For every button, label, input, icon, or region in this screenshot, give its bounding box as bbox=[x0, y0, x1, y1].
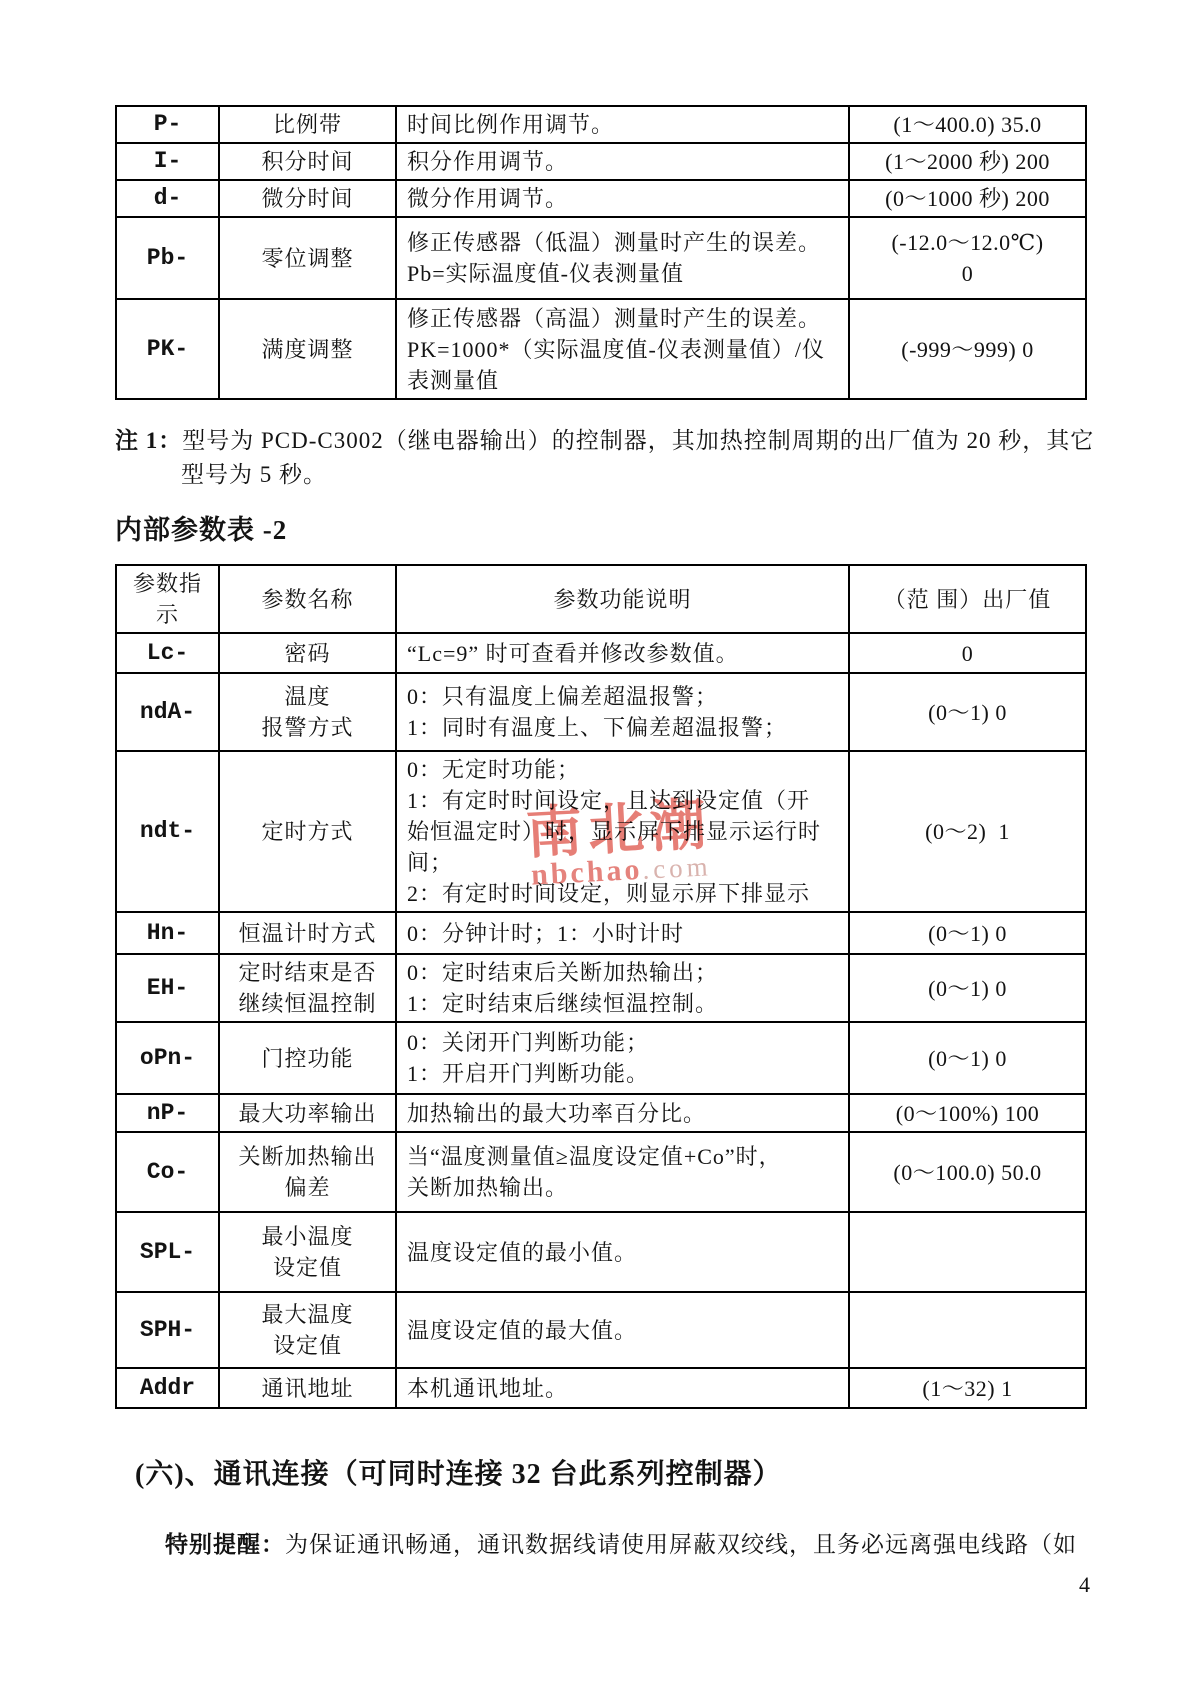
note-1-line-2: 型号为 5 秒。 bbox=[181, 458, 1100, 492]
param-desc: 积分作用调节。 bbox=[396, 143, 849, 180]
table-row: Addr 通讯地址 本机通讯地址。 (1～32) 1 bbox=[116, 1368, 1086, 1408]
param-name: 微分时间 bbox=[219, 180, 396, 217]
section-6-heading: (六)、通讯连接（可同时连接 32 台此系列控制器） bbox=[135, 1452, 782, 1492]
param-name: 积分时间 bbox=[219, 143, 396, 180]
param-code: SPH- bbox=[116, 1292, 219, 1368]
param-range: (-999～999) 0 bbox=[849, 299, 1086, 399]
special-reminder-text: 为保证通讯畅通，通讯数据线请使用屏蔽双绞线，且务必远离强电线路（如 bbox=[285, 1532, 1077, 1557]
special-reminder-label: 特别提醒： bbox=[165, 1532, 285, 1557]
table-row: Lc- 密码 “Lc=9” 时可查看并修改参数值。 0 bbox=[116, 633, 1086, 673]
param-desc: 0：分钟计时；1：小时计时 bbox=[396, 912, 849, 954]
param-range bbox=[849, 1212, 1086, 1292]
param-code: ndA- bbox=[116, 673, 219, 751]
table-row: Co- 关断加热输出 偏差 当“温度测量值≥温度设定值+Co”时， 关断加热输出… bbox=[116, 1132, 1086, 1212]
table-header-row: 参数指 示 参数名称 参数功能说明 （范 围）出厂值 bbox=[116, 565, 1086, 633]
param-range: (1～400.0) 35.0 bbox=[849, 106, 1086, 143]
param-name: 密码 bbox=[219, 633, 396, 673]
param-name: 恒温计时方式 bbox=[219, 912, 396, 954]
param-code: Co- bbox=[116, 1132, 219, 1212]
table-row: ndA- 温度 报警方式 0：只有温度上偏差超温报警； 1：同时有温度上、下偏差… bbox=[116, 673, 1086, 751]
param-range bbox=[849, 1292, 1086, 1368]
param-code: Hn- bbox=[116, 912, 219, 954]
param-desc: 温度设定值的最大值。 bbox=[396, 1292, 849, 1368]
param-name: 关断加热输出 偏差 bbox=[219, 1132, 396, 1212]
param-name: 定时方式 bbox=[219, 751, 396, 912]
param-desc: 修正传感器（低温）测量时产生的误差。 Pb=实际温度值-仪表测量值 bbox=[396, 217, 849, 299]
param-code: d- bbox=[116, 180, 219, 217]
note-1-line-1: 注 1：型号为 PCD-C3002（继电器输出）的控制器，其加热控制周期的出厂值… bbox=[115, 424, 1100, 458]
param-name: 通讯地址 bbox=[219, 1368, 396, 1408]
header-param-range: （范 围）出厂值 bbox=[849, 565, 1086, 633]
param-range: (1～32) 1 bbox=[849, 1368, 1086, 1408]
param-name: 零位调整 bbox=[219, 217, 396, 299]
param-range: (0～1) 0 bbox=[849, 673, 1086, 751]
param-desc: 0：无定时功能； 1：有定时时间设定，且达到设定值（开 始恒温定时）时，显示屏下… bbox=[396, 751, 849, 912]
param-code: nP- bbox=[116, 1094, 219, 1132]
param-desc: 加热输出的最大功率百分比。 bbox=[396, 1094, 849, 1132]
param-range: (0～100%) 100 bbox=[849, 1094, 1086, 1132]
param-desc: 0：关闭开门判断功能； 1：开启开门判断功能。 bbox=[396, 1022, 849, 1094]
table-row: PK- 满度调整 修正传感器（高温）测量时产生的误差。 PK=1000*（实际温… bbox=[116, 299, 1086, 399]
param-desc: 修正传感器（高温）测量时产生的误差。 PK=1000*（实际温度值-仪表测量值）… bbox=[396, 299, 849, 399]
table-row: ndt- 定时方式 0：无定时功能； 1：有定时时间设定，且达到设定值（开 始恒… bbox=[116, 751, 1086, 912]
param-desc: 0：定时结束后关断加热输出； 1：定时结束后继续恒温控制。 bbox=[396, 954, 849, 1022]
table-row: oPn- 门控功能 0：关闭开门判断功能； 1：开启开门判断功能。 (0～1) … bbox=[116, 1022, 1086, 1094]
header-param-desc: 参数功能说明 bbox=[396, 565, 849, 633]
param-range: (0～1) 0 bbox=[849, 954, 1086, 1022]
parameter-table-1: P- 比例带 时间比例作用调节。 (1～400.0) 35.0 I- 积分时间 … bbox=[115, 105, 1087, 400]
param-desc: 当“温度测量值≥温度设定值+Co”时， 关断加热输出。 bbox=[396, 1132, 849, 1212]
param-code: Pb- bbox=[116, 217, 219, 299]
param-name: 满度调整 bbox=[219, 299, 396, 399]
param-desc: 温度设定值的最小值。 bbox=[396, 1212, 849, 1292]
param-range: 0 bbox=[849, 633, 1086, 673]
parameter-table-2: 参数指 示 参数名称 参数功能说明 （范 围）出厂值 Lc- 密码 “Lc=9”… bbox=[115, 564, 1087, 1409]
table-row: I- 积分时间 积分作用调节。 (1～2000 秒) 200 bbox=[116, 143, 1086, 180]
param-code: ndt- bbox=[116, 751, 219, 912]
note-1-label: 注 1： bbox=[115, 428, 182, 453]
param-desc: 本机通讯地址。 bbox=[396, 1368, 849, 1408]
table-row: d- 微分时间 微分作用调节。 (0～1000 秒) 200 bbox=[116, 180, 1086, 217]
param-range: (1～2000 秒) 200 bbox=[849, 143, 1086, 180]
param-range: (0～100.0) 50.0 bbox=[849, 1132, 1086, 1212]
param-name: 温度 报警方式 bbox=[219, 673, 396, 751]
note-1-text: 型号为 PCD-C3002（继电器输出）的控制器，其加热控制周期的出厂值为 20… bbox=[182, 428, 1094, 453]
param-desc: 0：只有温度上偏差超温报警； 1：同时有温度上、下偏差超温报警； bbox=[396, 673, 849, 751]
param-name: 最大温度 设定值 bbox=[219, 1292, 396, 1368]
param-range: (0～1000 秒) 200 bbox=[849, 180, 1086, 217]
table-row: P- 比例带 时间比例作用调节。 (1～400.0) 35.0 bbox=[116, 106, 1086, 143]
header-param-name: 参数名称 bbox=[219, 565, 396, 633]
param-code: P- bbox=[116, 106, 219, 143]
param-code: SPL- bbox=[116, 1212, 219, 1292]
param-range: (0～1) 0 bbox=[849, 1022, 1086, 1094]
param-desc: 时间比例作用调节。 bbox=[396, 106, 849, 143]
param-code: Lc- bbox=[116, 633, 219, 673]
param-name: 定时结束是否 继续恒温控制 bbox=[219, 954, 396, 1022]
param-range: (0～2) 1 bbox=[849, 751, 1086, 912]
internal-params-title: 内部参数表 -2 bbox=[115, 508, 287, 547]
param-range: (0～1) 0 bbox=[849, 912, 1086, 954]
table-row: SPL- 最小温度 设定值 温度设定值的最小值。 bbox=[116, 1212, 1086, 1292]
table-row: EH- 定时结束是否 继续恒温控制 0：定时结束后关断加热输出； 1：定时结束后… bbox=[116, 954, 1086, 1022]
param-name: 最大功率输出 bbox=[219, 1094, 396, 1132]
table-row: nP- 最大功率输出 加热输出的最大功率百分比。 (0～100%) 100 bbox=[116, 1094, 1086, 1132]
table-row: SPH- 最大温度 设定值 温度设定值的最大值。 bbox=[116, 1292, 1086, 1368]
param-desc: 微分作用调节。 bbox=[396, 180, 849, 217]
special-reminder: 特别提醒：为保证通讯畅通，通讯数据线请使用屏蔽双绞线，且务必远离强电线路（如 bbox=[165, 1528, 1105, 1562]
param-name: 最小温度 设定值 bbox=[219, 1212, 396, 1292]
param-desc: “Lc=9” 时可查看并修改参数值。 bbox=[396, 633, 849, 673]
param-code: Addr bbox=[116, 1368, 219, 1408]
param-code: PK- bbox=[116, 299, 219, 399]
param-range: (-12.0～12.0℃) 0 bbox=[849, 217, 1086, 299]
param-code: I- bbox=[116, 143, 219, 180]
param-name: 比例带 bbox=[219, 106, 396, 143]
table-row: Pb- 零位调整 修正传感器（低温）测量时产生的误差。 Pb=实际温度值-仪表测… bbox=[116, 217, 1086, 299]
header-param-code: 参数指 示 bbox=[116, 565, 219, 633]
param-code: oPn- bbox=[116, 1022, 219, 1094]
table-row: Hn- 恒温计时方式 0：分钟计时；1：小时计时 (0～1) 0 bbox=[116, 912, 1086, 954]
param-name: 门控功能 bbox=[219, 1022, 396, 1094]
note-1: 注 1：型号为 PCD-C3002（继电器输出）的控制器，其加热控制周期的出厂值… bbox=[115, 424, 1100, 492]
page-number: 4 bbox=[1020, 1572, 1090, 1598]
param-code: EH- bbox=[116, 954, 219, 1022]
